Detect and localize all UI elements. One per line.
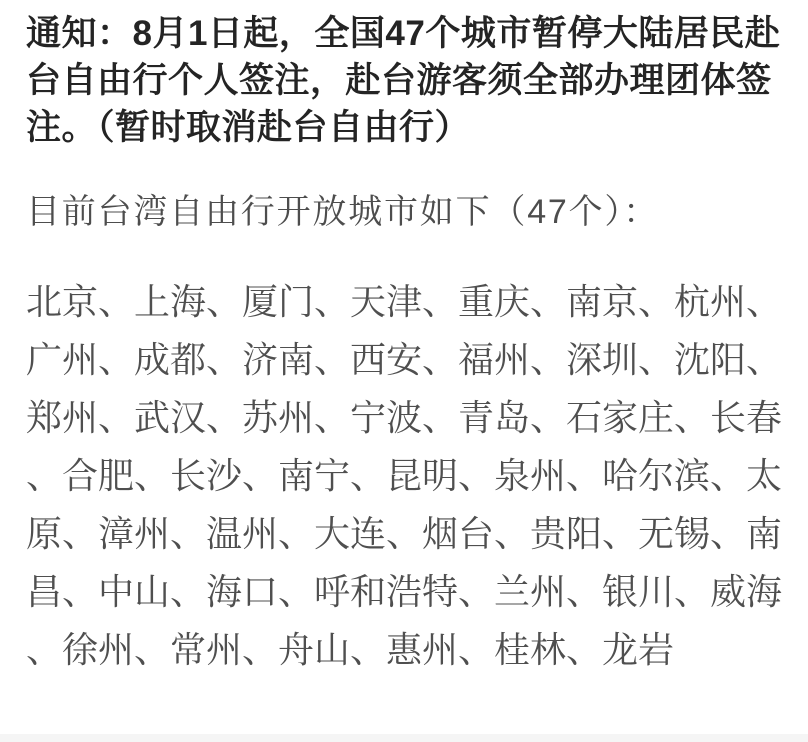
city-list: 北京、上海、厦门、天津、重庆、南京、杭州、 广州、成都、济南、西安、福州、深圳、… <box>26 273 808 679</box>
bottom-divider <box>0 734 808 742</box>
intro-paragraph: 目前台湾自由行开放城市如下（47个）： <box>26 189 808 236</box>
intro-line: 目前台湾自由行开放城市如下（47个）： <box>26 189 808 236</box>
city-list-line-1: 北京、上海、厦门、天津、重庆、南京、杭州、 <box>26 273 808 331</box>
notice-document: 通知：8月1日起，全国47个城市暂停大陆居民赴 台自由行个人签注，赴台游客须全部… <box>0 0 808 679</box>
notice-line-3: 注。（暂时取消赴台自由行） <box>26 104 808 151</box>
notice-line-2: 台自由行个人签注，赴台游客须全部办理团体签 <box>26 57 808 104</box>
city-list-line-7: 、徐州、常州、舟山、惠州、桂林、龙岩 <box>26 621 808 679</box>
city-list-line-6: 昌、中山、海口、呼和浩特、兰州、银川、威海 <box>26 563 808 621</box>
city-list-line-5: 原、漳州、温州、大连、烟台、贵阳、无锡、南 <box>26 505 808 563</box>
city-list-line-3: 郑州、武汉、苏州、宁波、青岛、石家庄、长春 <box>26 389 808 447</box>
notice-paragraph: 通知：8月1日起，全国47个城市暂停大陆居民赴 台自由行个人签注，赴台游客须全部… <box>26 10 808 151</box>
city-list-line-2: 广州、成都、济南、西安、福州、深圳、沈阳、 <box>26 331 808 389</box>
notice-line-1: 通知：8月1日起，全国47个城市暂停大陆居民赴 <box>26 10 808 57</box>
city-list-line-4: 、合肥、长沙、南宁、昆明、泉州、哈尔滨、太 <box>26 447 808 505</box>
